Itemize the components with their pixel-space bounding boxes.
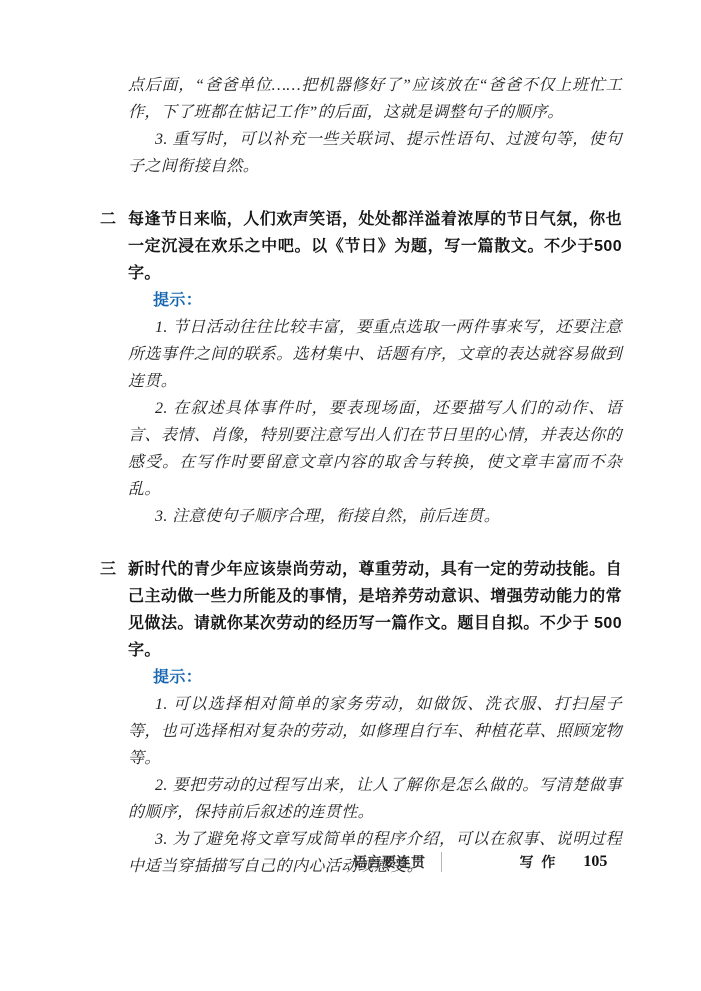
exercise-2-hint-3: 3. 注意使句子顺序合理，衔接自然，前后连贯。 [128,503,622,530]
footer-page-number: 105 [583,853,607,871]
exercise-3-prompt: 新时代的青少年应该崇尚劳动，尊重劳动，具有一定的劳动技能。自己主动做一些力所能及… [128,556,622,664]
exercise-2-number: 二 [100,206,128,530]
page-content: 点后面，“爸爸单位……把机器修好了”应该放在“爸爸不仅上班忙工作，下了班都在惦记… [0,0,701,880]
continuation-paragraph: 点后面，“爸爸单位……把机器修好了”应该放在“爸爸不仅上班忙工作，下了班都在惦记… [128,72,622,126]
exercise-3: 三 新时代的青少年应该崇尚劳动，尊重劳动，具有一定的劳动技能。自己主动做一些力所… [100,556,622,880]
exercise-3-hint-label: 提示： [153,664,622,691]
exercise-3-hint-1: 1. 可以选择相对简单的家务劳动，如做饭、洗衣服、打扫屋子等，也可选择相对复杂的… [128,691,622,772]
textbook-page: 点后面，“爸爸单位……把机器修好了”应该放在“爸爸不仅上班忙工作，下了班都在惦记… [0,0,701,991]
exercise-2: 二 每逢节日来临，人们欢声笑语，处处都洋溢着浓厚的节日气氛，你也一定沉浸在欢乐之… [100,206,622,530]
exercise-2-hint-label: 提示： [153,287,622,314]
exercise-2-body: 每逢节日来临，人们欢声笑语，处处都洋溢着浓厚的节日气氛，你也一定沉浸在欢乐之中吧… [128,206,622,530]
exercise-3-body: 新时代的青少年应该崇尚劳动，尊重劳动，具有一定的劳动技能。自己主动做一些力所能及… [128,556,622,880]
exercise-3-hint-2: 2. 要把劳动的过程写出来，让人了解你是怎么做的。写清楚做事的顺序，保持前后叙述… [128,772,622,826]
footer-chapter-label: 写 作 [520,852,558,872]
continuation-text-block: 点后面，“爸爸单位……把机器修好了”应该放在“爸爸不仅上班忙工作，下了班都在惦记… [128,72,622,180]
continuation-paragraph: 3. 重写时，可以补充一些关联词、提示性语句、过渡句等，使句子之间衔接自然。 [128,126,622,180]
page-footer: 语言要连贯 写 作 105 [353,850,607,874]
footer-section-title: 语言要连贯 [353,852,426,872]
exercise-2-hint-2: 2. 在叙述具体事件时，要表现场面，还要描写人们的动作、语言、表情、肖像，特别要… [128,395,622,503]
exercise-3-number: 三 [100,556,128,880]
exercise-2-prompt: 每逢节日来临，人们欢声笑语，处处都洋溢着浓厚的节日气氛，你也一定沉浸在欢乐之中吧… [128,206,622,287]
footer-divider [441,852,442,872]
exercise-2-hint-1: 1. 节日活动往往比较丰富，要重点选取一两件事来写，还要注意所选事件之间的联系。… [128,314,622,395]
